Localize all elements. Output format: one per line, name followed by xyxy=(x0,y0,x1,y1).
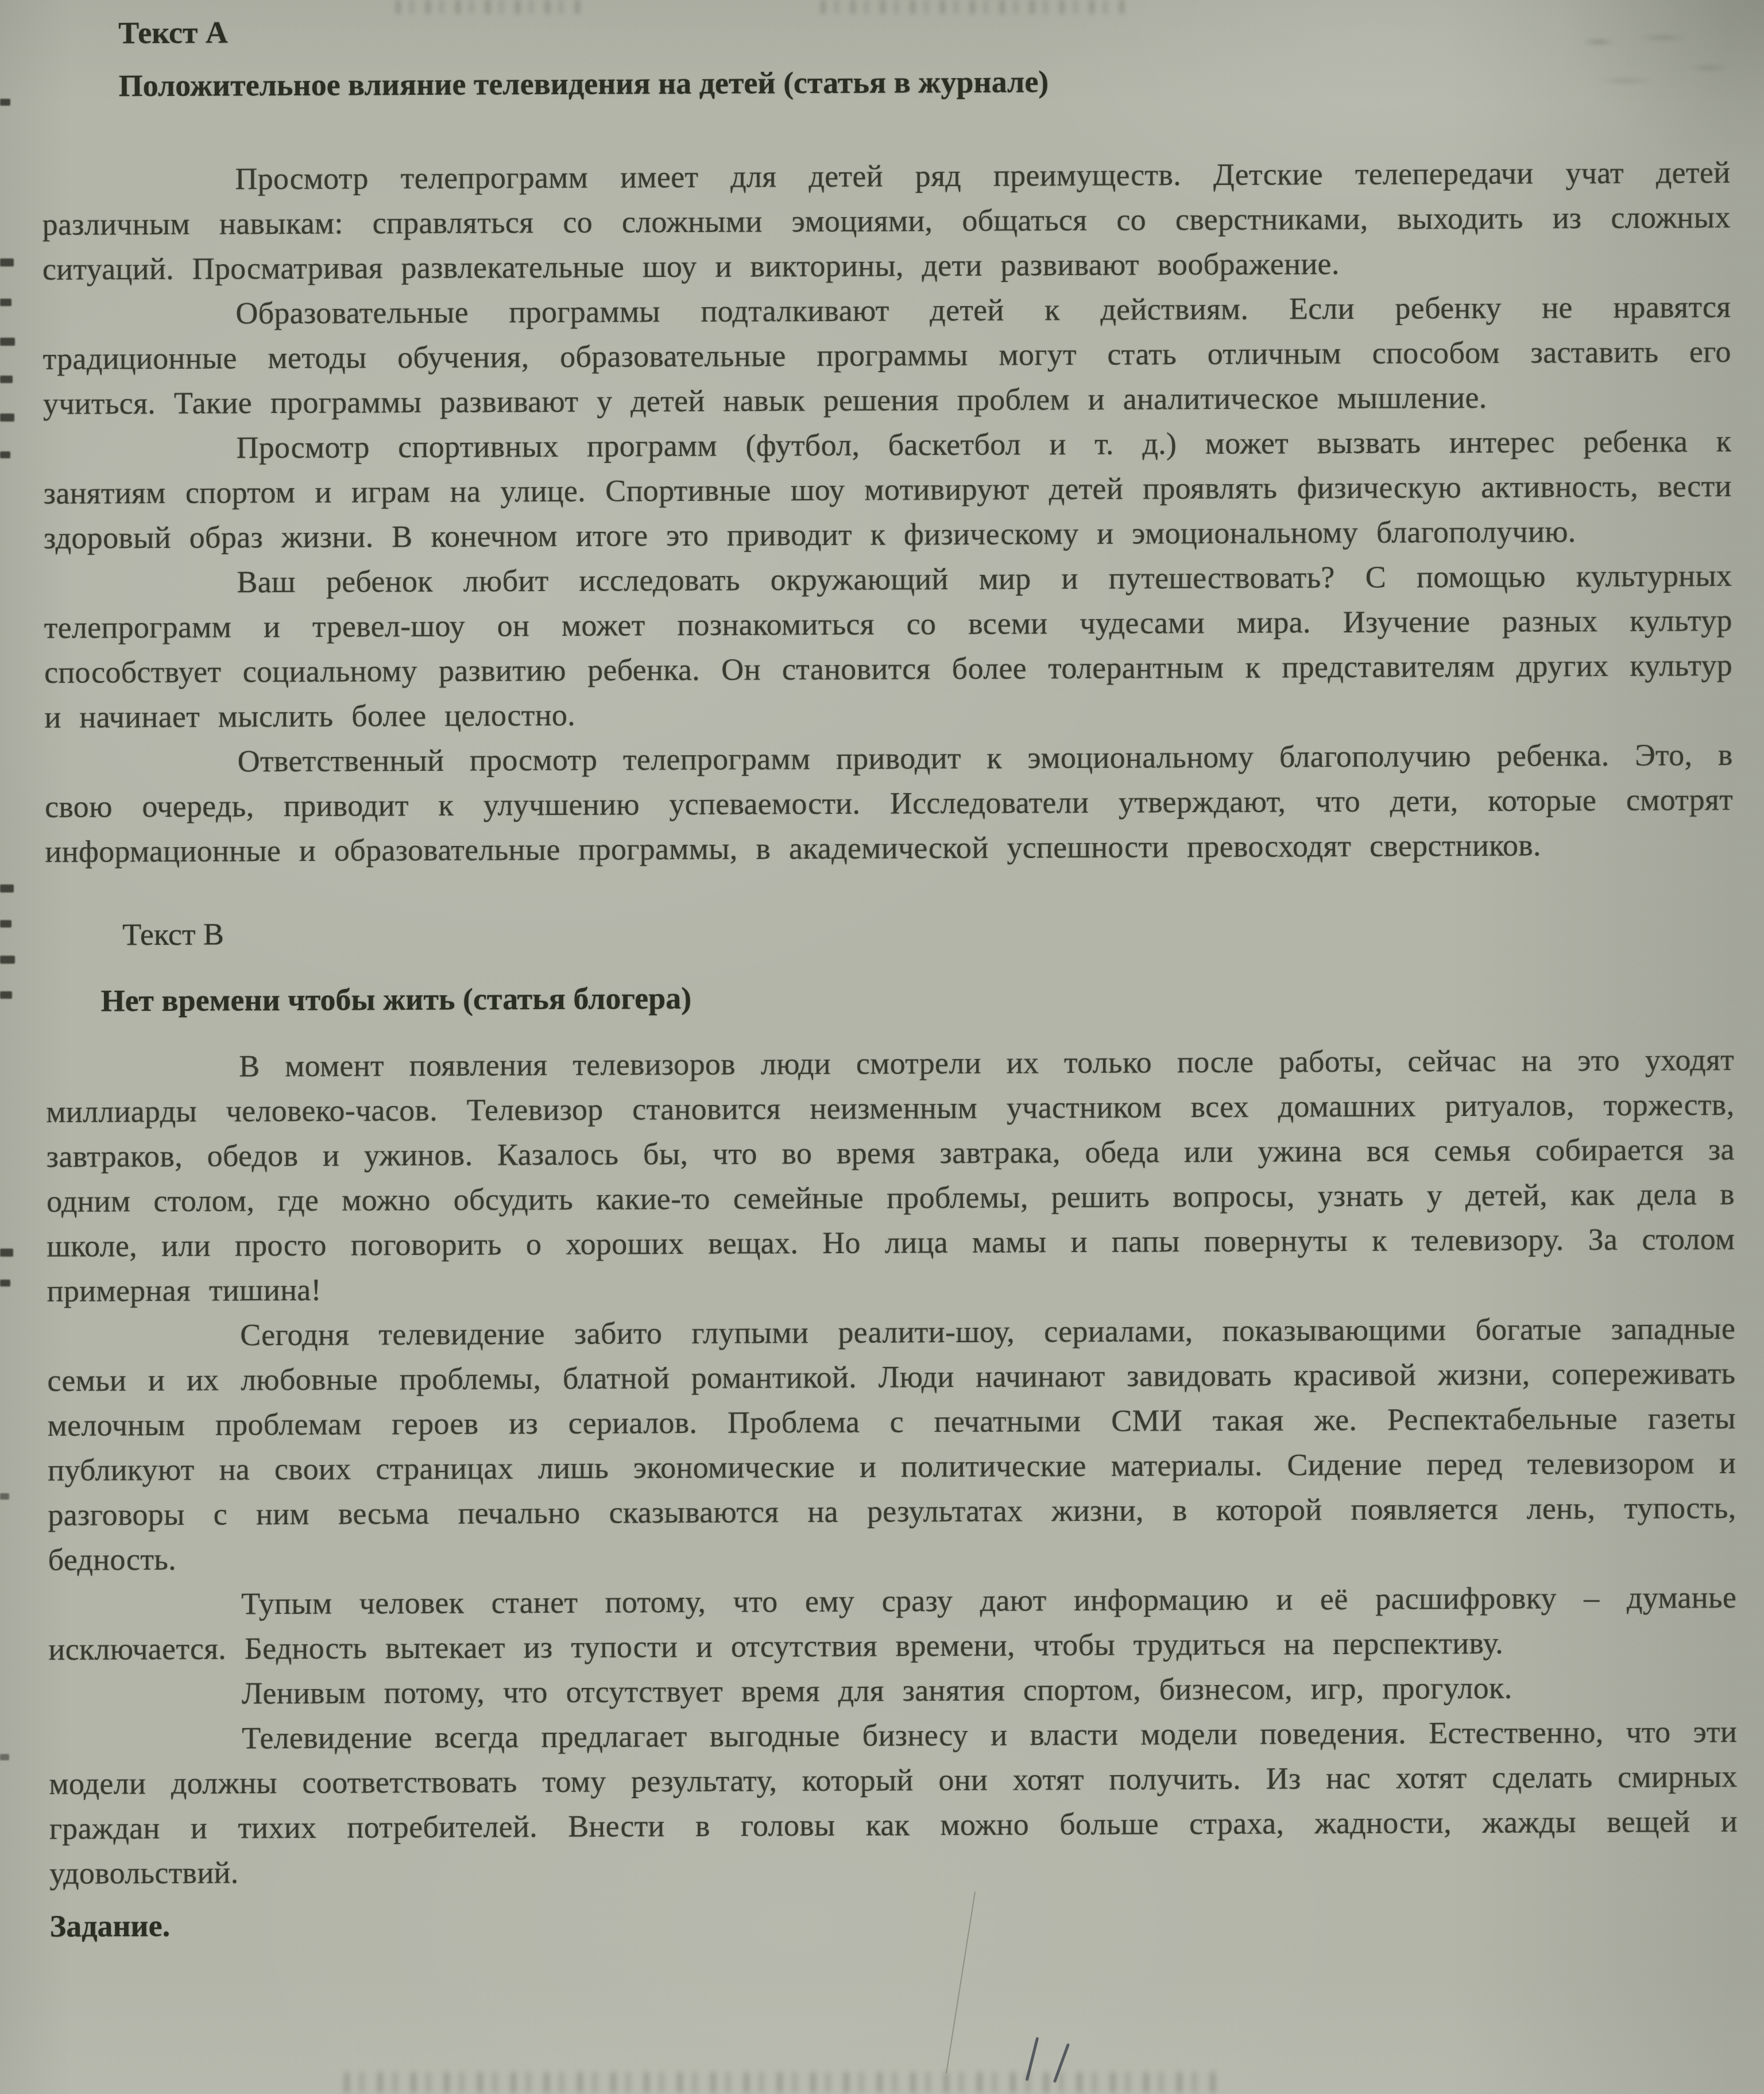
section-b-paragraph: Сегодня телевидение забито глупыми реали… xyxy=(47,1306,1736,1582)
section-b-label: Текст В xyxy=(122,905,1734,957)
edge-mark xyxy=(0,1493,9,1500)
edge-mark xyxy=(0,956,15,964)
edge-mark xyxy=(0,920,11,928)
edge-mark xyxy=(0,451,10,458)
edge-mark xyxy=(0,258,14,266)
section-b-paragraph: Тупым человек станет потому, что ему сра… xyxy=(48,1575,1737,1672)
section-a-paragraph: Просмотр спортивных программ (футбол, ба… xyxy=(43,419,1732,561)
edge-mark xyxy=(0,338,15,346)
edge-mark xyxy=(0,1249,13,1257)
edge-mark xyxy=(0,376,13,383)
pencil-scribble xyxy=(1562,16,1746,102)
edge-mark xyxy=(0,1754,9,1760)
edge-mark xyxy=(0,884,14,893)
section-b: Текст В Нет времени чтобы жить (статья б… xyxy=(45,905,1738,1896)
section-a-paragraph: Ответственный просмотр телепрограмм прив… xyxy=(45,732,1734,874)
section-b-paragraph: Телевидение всегда предлагает выгодные б… xyxy=(49,1709,1738,1896)
section-a-title: Положительное влияние телевидения на дет… xyxy=(118,56,1730,108)
section-b-paragraph: В момент появления телевизоров люди смот… xyxy=(46,1037,1735,1313)
section-a-paragraph: Образовательные программы подталкивают д… xyxy=(42,284,1731,426)
section-b-title: Нет времени чтобы жить (статья блогера) xyxy=(100,971,1734,1023)
photographed-page: Текст А Положительное влияние телевидени… xyxy=(0,0,1764,2094)
ghost-text-top xyxy=(821,0,1131,14)
edge-mark xyxy=(0,414,14,422)
edge-mark xyxy=(0,99,10,106)
document-content: Текст А Положительное влияние телевидени… xyxy=(41,3,1738,1949)
edge-mark xyxy=(0,299,11,306)
ghost-text-bottom xyxy=(345,2072,1217,2093)
edge-mark xyxy=(0,1280,10,1286)
task-label: Задание. xyxy=(49,1896,1738,1949)
ghost-text-top xyxy=(396,0,586,14)
section-a: Текст А Положительное влияние телевидени… xyxy=(41,3,1734,874)
section-b-paragraph: Ленивым потому, что отсутствует время дл… xyxy=(49,1664,1737,1717)
edge-mark xyxy=(0,991,12,999)
section-a-paragraph: Ваш ребенок любит исследовать окружающий… xyxy=(44,553,1732,740)
section-a-paragraph: Просмотр телепрограмм имеет для детей ря… xyxy=(42,150,1731,292)
